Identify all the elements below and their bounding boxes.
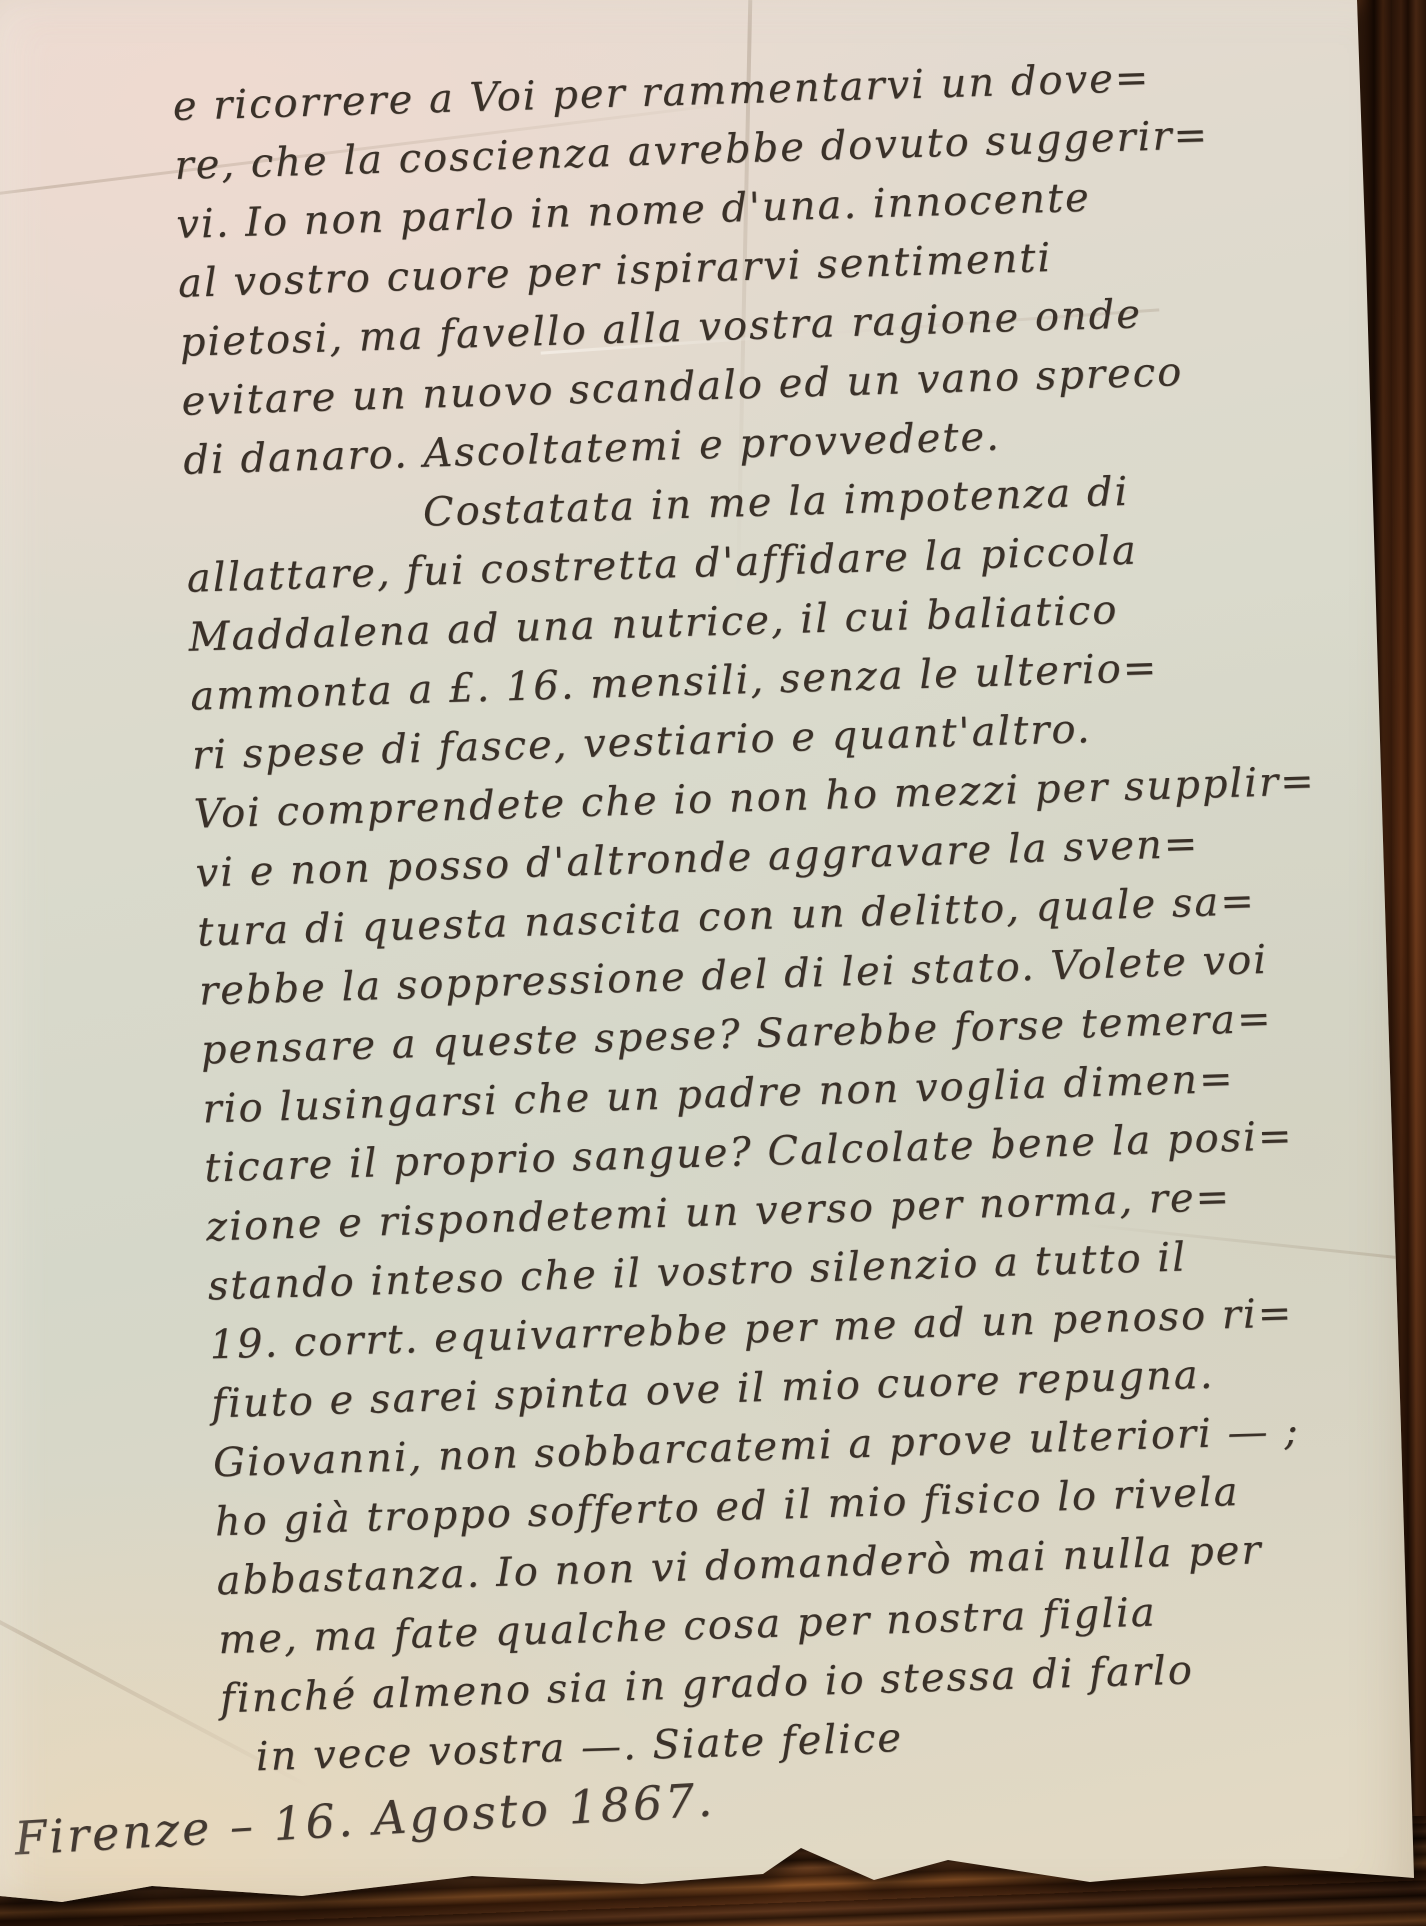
photo-scene: e ricorrere a Voi per rammentarvi un dov… — [0, 0, 1426, 1926]
letter-paper-shadow: e ricorrere a Voi per rammentarvi un dov… — [0, 0, 1426, 1926]
letter-paper: e ricorrere a Voi per rammentarvi un dov… — [0, 0, 1426, 1926]
letter-text-block: e ricorrere a Voi per rammentarvi un dov… — [172, 45, 1344, 1789]
letter-dateline: Firenze – 16. Agosto 1867. — [13, 1772, 716, 1865]
